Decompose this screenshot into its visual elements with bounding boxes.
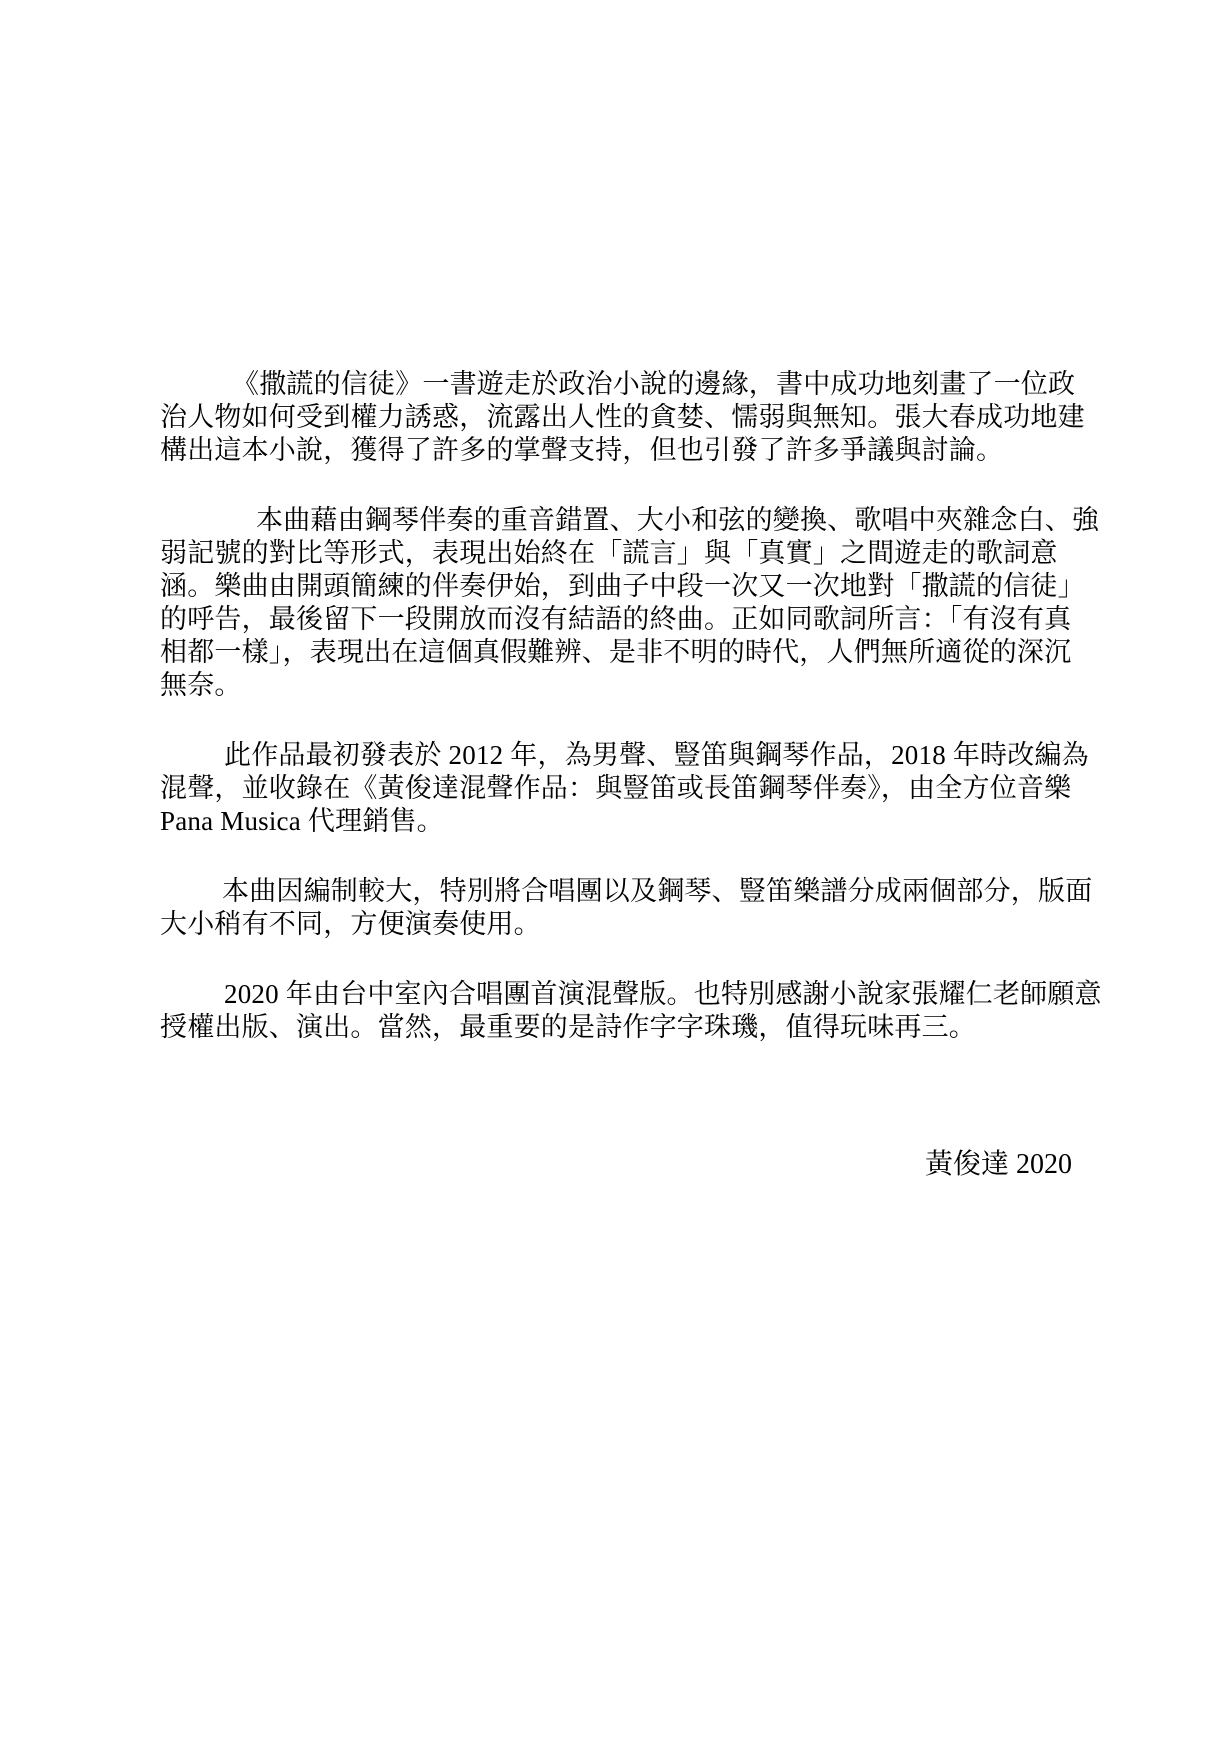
- paragraph-premiere-acknowledgement: 2020 年由台中室內合唱團首演混聲版。也特別感謝小說家張耀仁老師願意 授權出版…: [160, 978, 1072, 1044]
- text-line: 混聲，並收錄在《黃俊達混聲作品：與豎笛或長笛鋼琴伴奏》，由全方位音樂: [160, 772, 1072, 805]
- text-line: 構出這本小說，獲得了許多的掌聲支持，但也引發了許多爭議與討論。: [160, 434, 1072, 467]
- program-notes-text: 《撒謊的信徒》一書遊走於政治小說的邊緣，書中成功地刻畫了一位政 治人物如何受到權…: [160, 368, 1072, 1081]
- document-page: 《撒謊的信徒》一書遊走於政治小說的邊緣，書中成功地刻畫了一位政 治人物如何受到權…: [0, 0, 1232, 1748]
- text-line: 無奈。: [160, 669, 1072, 702]
- text-line: 此作品最初發表於 2012 年，為男聲、豎笛與鋼琴作品，2018 年時改編為: [160, 739, 1072, 772]
- paragraph-publication-history: 此作品最初發表於 2012 年，為男聲、豎笛與鋼琴作品，2018 年時改編為 混…: [160, 739, 1072, 838]
- paragraph-musical-description: 本曲藉由鋼琴伴奏的重音錯置、大小和弦的變換、歌唱中夾雜念白、強 弱記號的對比等形…: [160, 504, 1072, 702]
- text-line: 本曲藉由鋼琴伴奏的重音錯置、大小和弦的變換、歌唱中夾雜念白、強: [160, 504, 1072, 537]
- paragraph-book-intro: 《撒謊的信徒》一書遊走於政治小說的邊緣，書中成功地刻畫了一位政 治人物如何受到權…: [160, 368, 1072, 467]
- text-line: Pana Musica 代理銷售。: [160, 805, 1072, 838]
- text-line: 涵。樂曲由開頭簡練的伴奏伊始，到曲子中段一次又一次地對「撒謊的信徒」: [160, 570, 1072, 603]
- text-line: 治人物如何受到權力誘惑，流露出人性的貪婪、懦弱與無知。張大春成功地建: [160, 401, 1072, 434]
- author-signature: 黃俊達 2020: [160, 1148, 1072, 1181]
- paragraph-score-format: 本曲因編制較大，特別將合唱團以及鋼琴、豎笛樂譜分成兩個部分，版面 大小稍有不同，…: [160, 875, 1072, 941]
- text-line: 《撒謊的信徒》一書遊走於政治小說的邊緣，書中成功地刻畫了一位政: [160, 368, 1072, 401]
- text-line: 授權出版、演出。當然，最重要的是詩作字字珠璣，值得玩味再三。: [160, 1011, 1072, 1044]
- text-line: 大小稍有不同，方便演奏使用。: [160, 908, 1072, 941]
- text-line: 本曲因編制較大，特別將合唱團以及鋼琴、豎笛樂譜分成兩個部分，版面: [160, 875, 1072, 908]
- text-line: 弱記號的對比等形式，表現出始終在「謊言」與「真實」之間遊走的歌詞意: [160, 537, 1072, 570]
- text-line: 相都一樣」，表現出在這個真假難辨、是非不明的時代，人們無所適從的深沉: [160, 636, 1072, 669]
- text-line: 2020 年由台中室內合唱團首演混聲版。也特別感謝小說家張耀仁老師願意: [160, 978, 1072, 1011]
- text-line: 的呼告，最後留下一段開放而沒有結語的終曲。正如同歌詞所言：「有沒有真: [160, 603, 1072, 636]
